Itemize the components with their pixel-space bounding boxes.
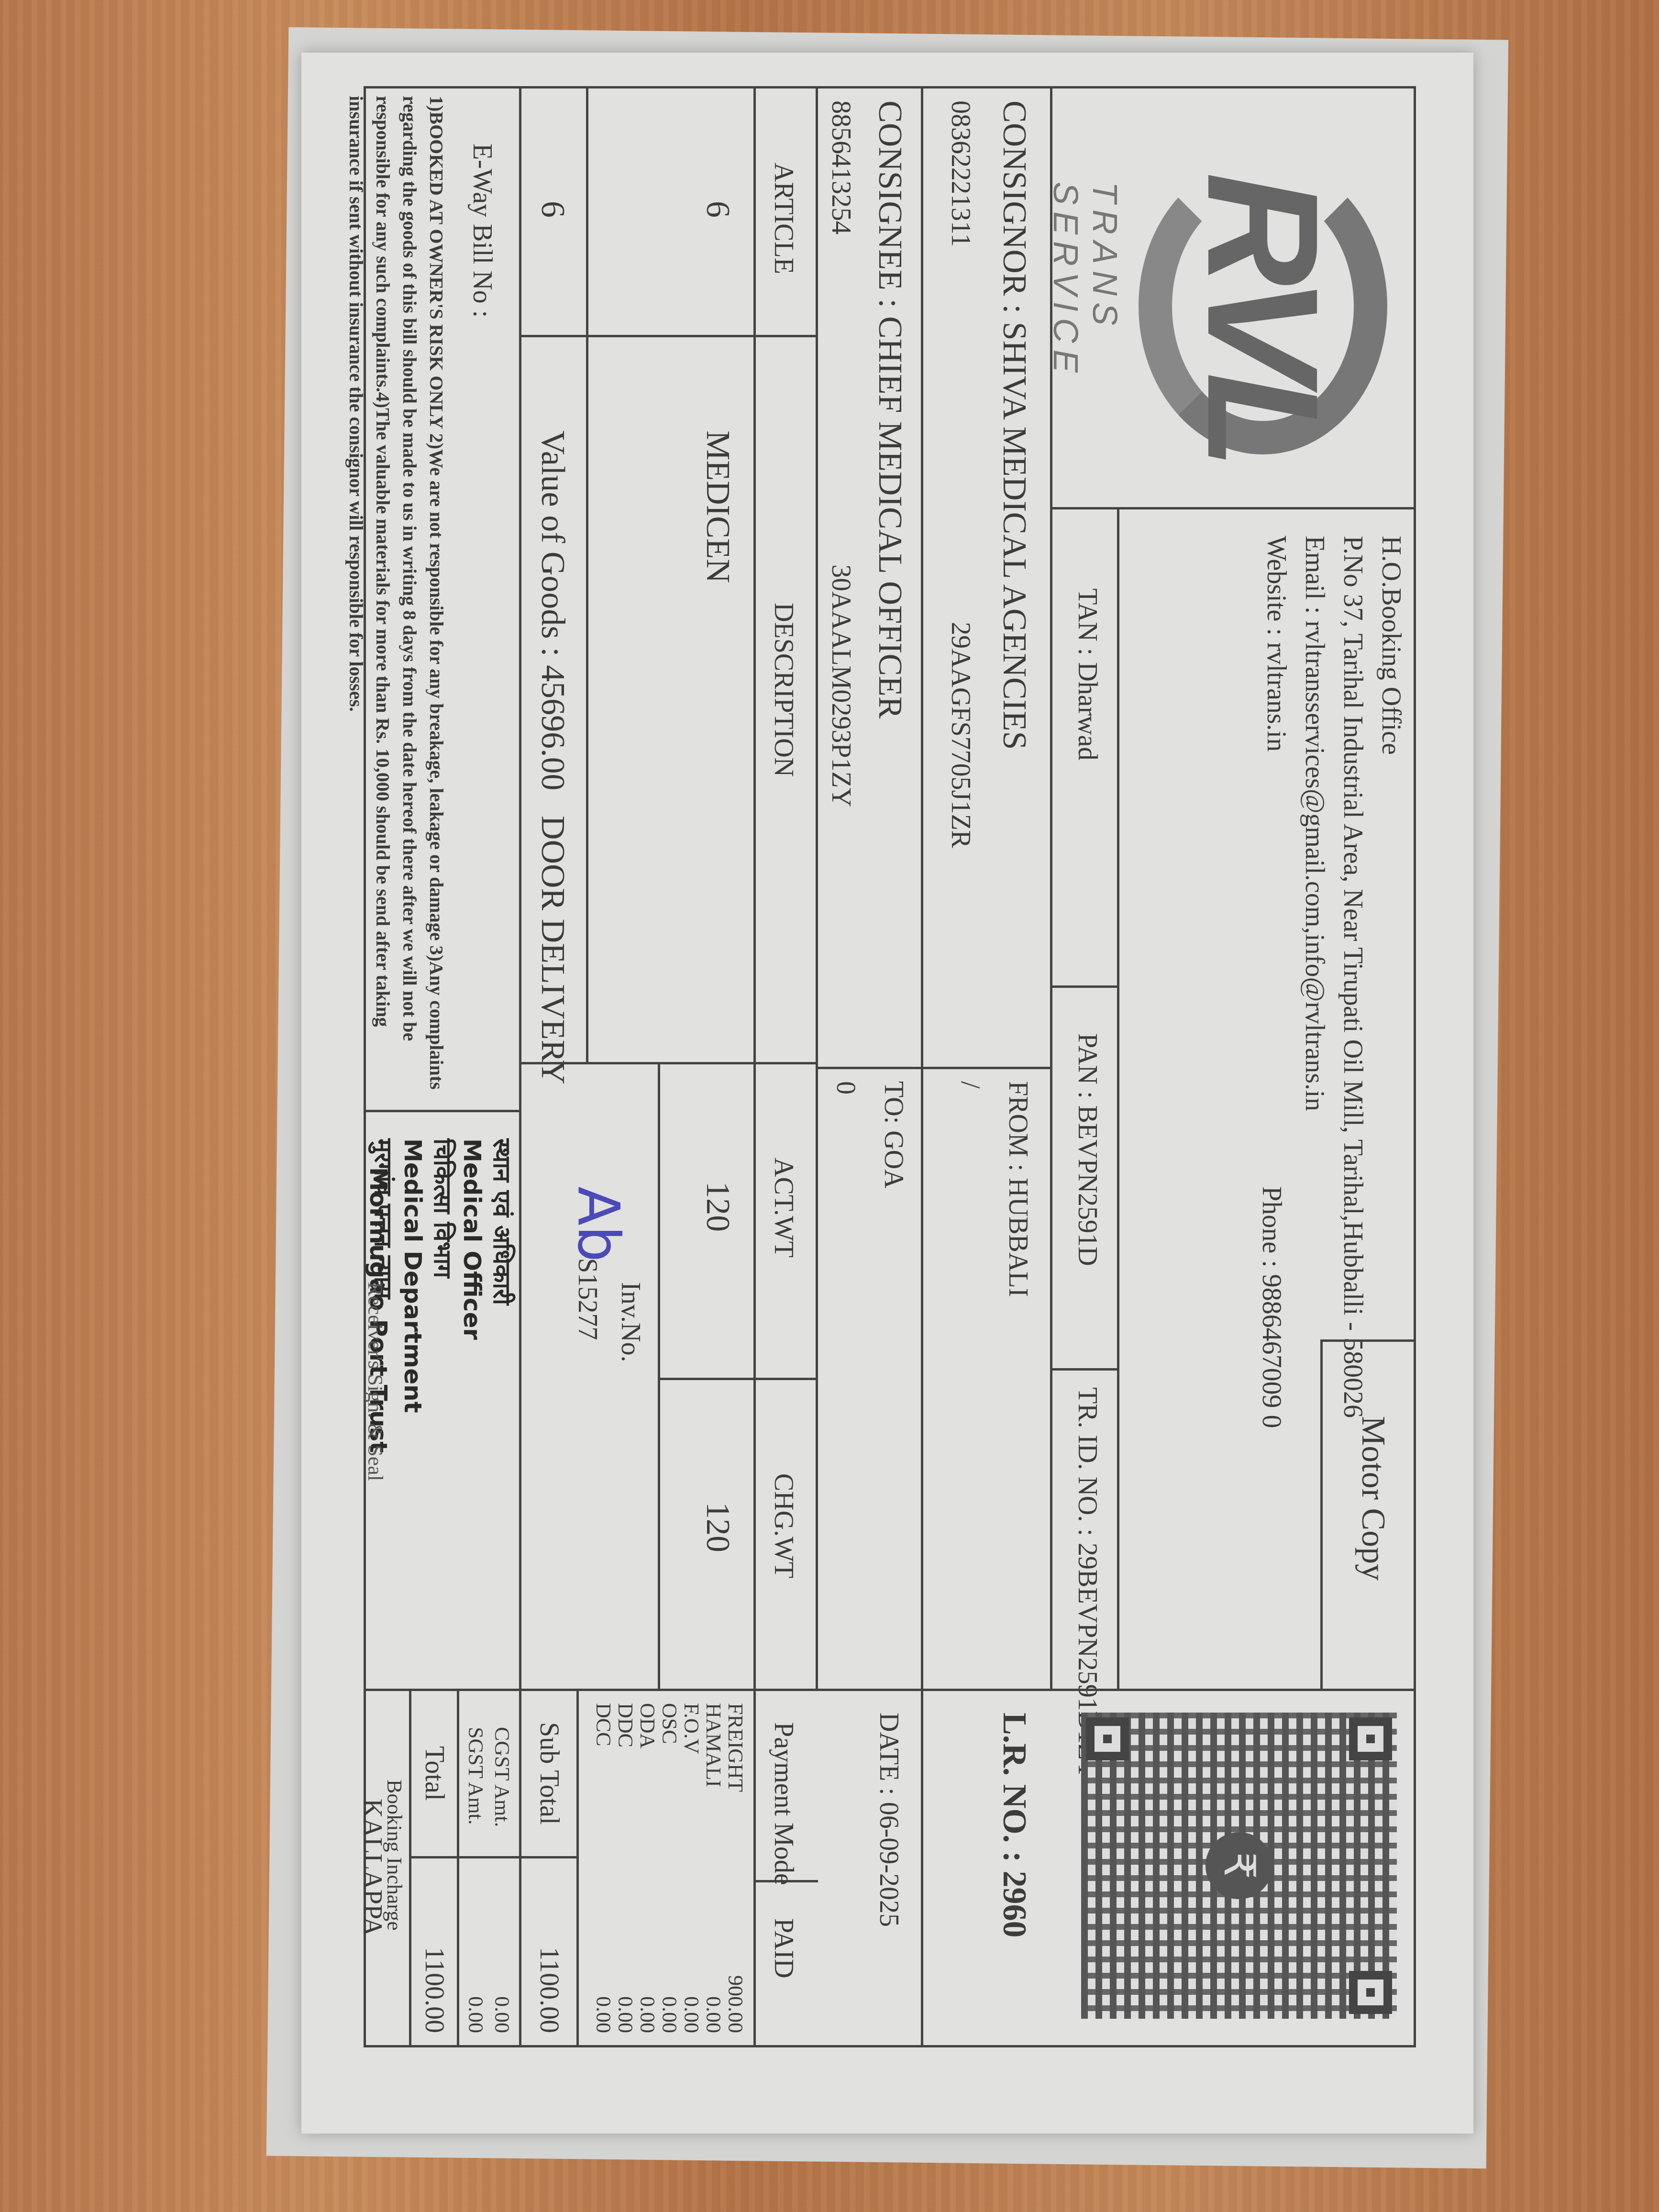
- charge-label: ODA: [636, 1703, 658, 1792]
- row-chg-wt: 120: [698, 1502, 737, 1552]
- divider: [660, 1378, 818, 1380]
- company-address: P.No 37, Tarihal Industrial Area, Near T…: [1338, 536, 1368, 1418]
- lr-number-label: L.R. NO. :: [996, 1713, 1033, 1862]
- charge-label: HAMALI: [702, 1703, 724, 1792]
- charges-amounts: 900.00 0.00 0.00 0.00 0.00 0.00 0.00: [592, 1904, 746, 2033]
- total-amount: 1100.00: [419, 1894, 450, 2033]
- sub-total: 1100.00: [534, 1894, 564, 2033]
- tan: TAN : Dharwad: [1072, 588, 1103, 760]
- divider: [519, 86, 521, 1689]
- receiver-sign-label: Receiver's Sign. & Seal: [363, 1282, 387, 1481]
- divider: [1117, 507, 1119, 1689]
- divider: [519, 1689, 521, 2047]
- from-value: HUBBALI: [1003, 1178, 1033, 1297]
- route-to-extra: 0: [830, 1081, 861, 1095]
- divider: [818, 1067, 1052, 1069]
- stamp-line: स्थान एवं अधिकारी: [487, 1139, 517, 1413]
- charge-label: F.O.V: [680, 1703, 702, 1792]
- divider: [521, 335, 818, 337]
- divider: [411, 1856, 579, 1858]
- booking-incharge-name: KALLAPPA: [357, 1799, 387, 1936]
- company-email: Email : rvltransservices@gmail.com,info@…: [1299, 536, 1330, 1111]
- consignor-label: CONSIGNOR :: [996, 100, 1033, 313]
- divider: [364, 1110, 521, 1112]
- divider: [753, 86, 756, 2047]
- from-label: FROM :: [1003, 1081, 1033, 1171]
- payment-qr-code[interactable]: ₹: [1081, 1713, 1397, 2019]
- charge-amount: 0.00: [592, 1904, 614, 2033]
- consignor-gstin: 29AAGFS7705J1ZR: [945, 622, 976, 848]
- consignor-phone: 08362221311: [945, 100, 976, 247]
- total-articles: 6: [533, 201, 572, 218]
- divider: [1052, 1368, 1119, 1371]
- value-of-goods-text: Value of Goods : 45696.00: [534, 431, 571, 790]
- divider: [586, 86, 588, 1062]
- consignor-line: CONSIGNOR : SHIVA MEDICAL AGENCIES: [995, 100, 1033, 750]
- charge-amount: 0.00: [702, 1904, 724, 2033]
- consignee-gstin: 30AAALM0293P1ZY: [826, 564, 856, 807]
- stamp-line: Medical Department: [398, 1139, 428, 1413]
- stamp-line: Medical Officer: [457, 1139, 487, 1413]
- col-description: DESCRIPTION: [768, 603, 799, 777]
- value-of-goods: Value of Goods : 45696.00 DOOR DELIVERY: [533, 431, 572, 1084]
- sub-total-label: Sub Total: [534, 1722, 564, 1825]
- divider: [1052, 985, 1119, 988]
- consignee-name: CHIEF MEDICAL OFFICER: [872, 316, 908, 719]
- charge-amount: 0.00: [614, 1904, 636, 2033]
- divider: [1052, 1689, 1416, 1691]
- inv-number: S15277: [572, 1258, 603, 1340]
- stamp-line: चिकित्सा विभाग: [428, 1139, 457, 1413]
- pan: PAN : BEVPN2591D: [1072, 1033, 1103, 1266]
- divider: [658, 1062, 660, 1689]
- route-to: TO: GOA: [878, 1081, 909, 1189]
- company-logo: RVL TRANS SERVICE: [1072, 100, 1406, 521]
- divider: [364, 1689, 1052, 1691]
- consignee-label: CONSIGNEE :: [872, 100, 908, 308]
- office-label: H.O.Booking Office: [1376, 536, 1406, 755]
- consignee-phone: 8856413254: [826, 100, 856, 234]
- col-act-wt: ACT.WT: [768, 1158, 799, 1258]
- eway-bill-label: E-Way Bill No :: [467, 144, 498, 318]
- lorry-receipt: RVL TRANS SERVICE H.O.Booking Office P.N…: [301, 53, 1473, 2134]
- col-article: ARTICLE: [768, 163, 799, 274]
- charge-amount: 0.00: [680, 1904, 702, 2033]
- charge-label: OSC: [658, 1703, 680, 1792]
- rupee-icon: ₹: [1206, 1832, 1272, 1899]
- lr-date: DATE : 06-09-2025: [874, 1713, 904, 1927]
- consignee-line: CONSIGNEE : CHIEF MEDICAL OFFICER: [871, 100, 909, 719]
- lr-number: L.R. NO. : 2960: [995, 1713, 1033, 1938]
- to-label: TO:: [879, 1081, 908, 1124]
- route-from-extra: /: [955, 1081, 985, 1089]
- company-phone: Phone : 9886467009 0: [1256, 1186, 1287, 1428]
- payment-mode-label: Payment Mode: [768, 1722, 799, 1885]
- col-chg-wt: CHG.WT: [768, 1473, 799, 1578]
- divider: [457, 1689, 459, 2047]
- terms-and-conditions: 1)BOOKED AT OWNER'S RISK ONLY 2)We are n…: [343, 96, 450, 1100]
- charge-label: FREIGHT: [724, 1703, 746, 1792]
- charge-amount: 0.00: [636, 1904, 658, 2033]
- row-description: MEDICEN: [698, 431, 737, 583]
- cgst-amount: 0.00: [490, 1894, 514, 2033]
- handwritten-signature: Ab: [565, 1186, 631, 1262]
- cgst-label: CGST Amt.: [490, 1727, 514, 1827]
- lr-number-value: 2960: [996, 1871, 1033, 1938]
- charge-label: DCC: [592, 1703, 614, 1792]
- row-article: 6: [698, 201, 737, 218]
- payment-mode: PAID: [768, 1918, 799, 1979]
- inv-label: Inv.No.: [615, 1282, 646, 1362]
- charge-amount: 0.00: [658, 1904, 680, 2033]
- sgst-amount: 0.00: [464, 1894, 488, 2033]
- date-value: 06-09-2025: [874, 1802, 904, 1927]
- sgst-label: SGST Amt.: [464, 1727, 488, 1825]
- date-label: DATE :: [874, 1713, 904, 1795]
- divider: [409, 1689, 411, 2047]
- charge-label: DDC: [614, 1703, 636, 1792]
- route-from: FROM : HUBBALI: [1003, 1081, 1033, 1297]
- charge-amount: 900.00: [724, 1904, 746, 2033]
- consignor-name: SHIVA MEDICAL AGENCIES: [996, 322, 1033, 750]
- divider: [576, 1689, 579, 2047]
- company-website: Website : rvltrans.in: [1261, 536, 1292, 752]
- total-label: Total: [419, 1746, 450, 1801]
- charges-labels: FREIGHT HAMALI F.O.V OSC ODA DDC DCC: [592, 1703, 746, 1792]
- to-value: GOA: [879, 1130, 908, 1188]
- copy-type: Motor Copy: [1354, 1416, 1392, 1581]
- row-act-wt: 120: [698, 1182, 737, 1232]
- divider: [816, 86, 818, 1689]
- delivery-type: DOOR DELIVERY: [534, 816, 571, 1084]
